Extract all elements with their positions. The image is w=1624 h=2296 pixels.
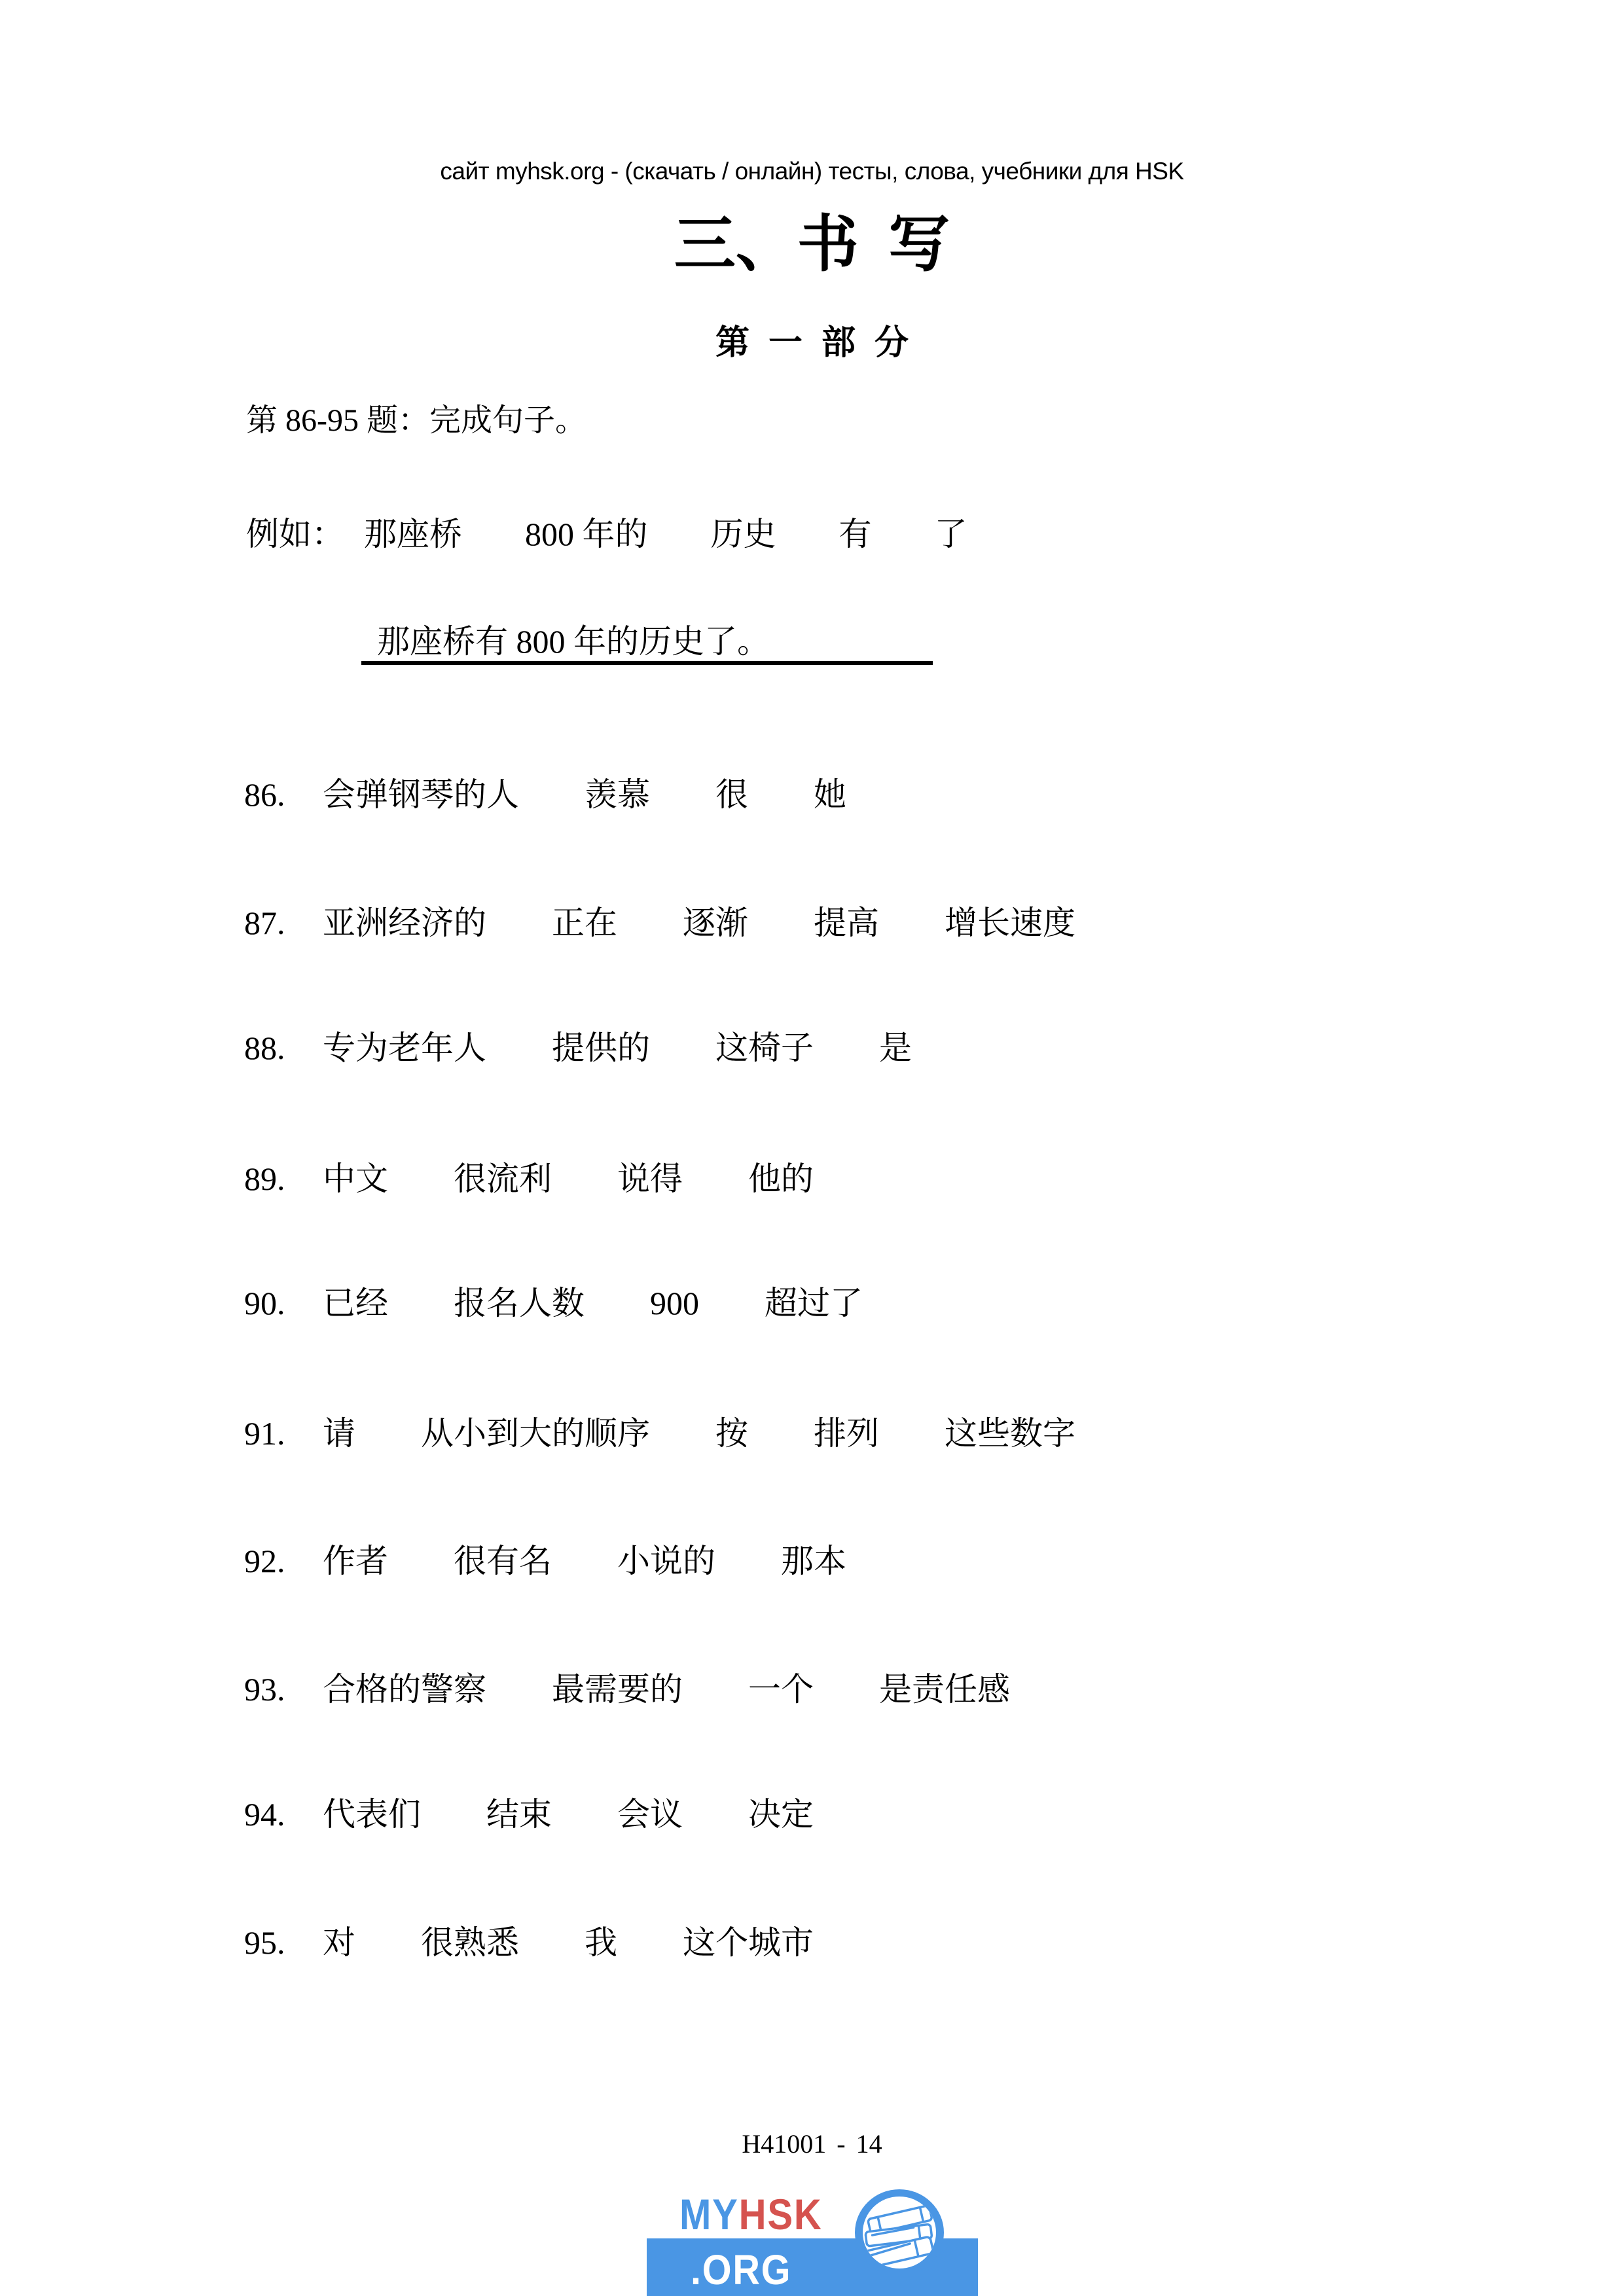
question-word: 这椅子 [715,1028,814,1067]
logo-my-text: MY [679,2190,739,2238]
question-word: 合格的警察 [323,1670,486,1709]
example-word: 那座桥 [364,514,462,554]
question-word: 代表们 [323,1795,421,1834]
example-word: 历史 [711,514,776,554]
example-word: 了 [935,514,967,554]
question-row: 90. 已经 报名人数 900 超过了 [244,1283,928,1323]
question-word: 请 [323,1414,355,1453]
question-word: 是 [879,1028,912,1067]
logo-wordmark: MYHSK [679,2193,823,2236]
question-row: 91. 请 从小到大的顺序 按 排列 这些数字 [244,1414,1141,1453]
example-answer-text: 那座桥有 800 年的历史了。 [377,623,770,660]
site-header-text: сайт myhsk.org - (скачать / онлайн) тест… [0,157,1624,186]
question-word: 逐渐 [683,903,748,942]
question-word: 很 [715,775,748,814]
question-word: 提供的 [552,1028,650,1067]
logo-hsk-text: HSK [739,2190,823,2238]
question-word: 从小到大的顺序 [421,1414,650,1453]
question-word: 按 [715,1414,748,1453]
example-answer-line: 那座桥有 800 年的历史了。 [361,622,933,665]
question-word: 说得 [617,1159,683,1198]
example-row: 例如： 那座桥 800 年的 历史 有 了 [246,514,1030,554]
question-word: 很熟悉 [421,1923,519,1962]
logo-org-text: .ORG [691,2249,791,2291]
question-number: 91. [244,1414,323,1453]
question-word: 超过了 [765,1283,863,1323]
question-word: 一个 [748,1670,814,1709]
question-number: 87. [244,903,323,942]
question-number: 93. [244,1670,323,1709]
question-word: 900 [650,1283,699,1323]
question-number: 92. [244,1541,323,1581]
question-number: 86. [244,775,323,814]
question-word: 专为老年人 [323,1028,486,1067]
question-row: 95. 对 很熟悉 我 这个城市 [244,1923,879,1962]
example-word: 800 年的 [525,514,648,554]
question-row: 94. 代表们 结束 会议 决定 [244,1795,879,1834]
question-word: 排列 [814,1414,879,1453]
question-word: 会弹钢琴的人 [323,775,519,814]
question-number: 94. [244,1795,323,1834]
question-word: 作者 [323,1541,388,1581]
question-word: 是责任感 [879,1670,1010,1709]
question-word: 结束 [486,1795,552,1834]
question-word: 我 [585,1923,617,1962]
question-word: 对 [323,1923,355,1962]
question-word: 这个城市 [683,1923,814,1962]
question-word: 亚洲经济的 [323,903,486,942]
question-row: 86. 会弹钢琴的人 羡慕 很 她 [244,775,912,814]
question-number: 89. [244,1159,323,1198]
question-row: 87. 亚洲经济的 正在 逐渐 提高 增长速度 [244,903,1141,942]
question-word: 最需要的 [552,1670,683,1709]
page-code: H41001 - 14 [0,2130,1624,2159]
question-row: 93. 合格的警察 最需要的 一个 是责任感 [244,1670,1075,1709]
question-word: 报名人数 [454,1283,585,1323]
question-word: 羡慕 [585,775,650,814]
question-word: 很流利 [454,1159,552,1198]
question-word: 决定 [748,1795,814,1834]
instruction-text: 第 86-95 题：完成句子。 [246,402,586,440]
hsk-writing-test-page: сайт myhsk.org - (скачать / онлайн) тест… [0,0,1624,2296]
question-word: 那本 [781,1541,846,1581]
question-word: 小说的 [617,1541,715,1581]
question-word: 他的 [748,1159,814,1198]
question-number: 90. [244,1283,323,1323]
question-row: 88. 专为老年人 提供的 这椅子 是 [244,1028,977,1067]
question-word: 正在 [552,903,617,942]
book-stack-icon [854,2189,945,2278]
question-word: 提高 [814,903,879,942]
question-word: 已经 [323,1283,388,1323]
question-word: 增长速度 [945,903,1075,942]
example-word: 有 [839,514,872,554]
question-word: 会议 [617,1795,683,1834]
question-row: 89. 中文 很流利 说得 他的 [244,1159,879,1198]
section-title: 三、书 写 [0,208,1624,282]
question-word: 她 [814,775,846,814]
question-word: 很有名 [454,1541,552,1581]
question-row: 92. 作者 很有名 小说的 那本 [244,1541,912,1581]
question-number: 88. [244,1028,323,1067]
example-label: 例如： [246,514,344,554]
question-word: 这些数字 [945,1414,1075,1453]
part-title: 第 一 部 分 [0,323,1624,364]
question-number: 95. [244,1923,323,1962]
question-word: 中文 [323,1159,388,1198]
